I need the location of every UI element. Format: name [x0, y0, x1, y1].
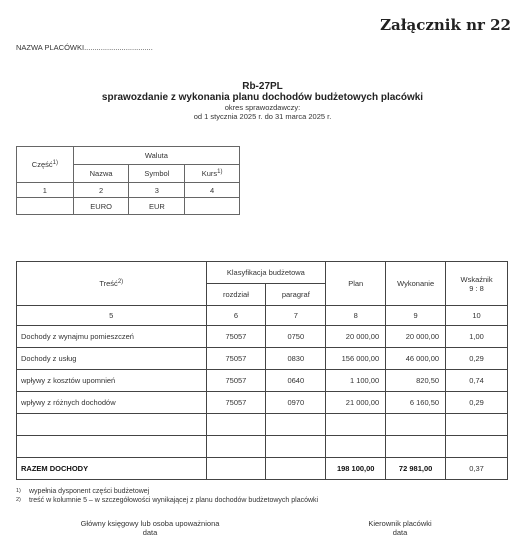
- empty-row: [17, 414, 508, 436]
- unit-name-field: NAZWA PLACÓWKI..........................…: [16, 43, 153, 52]
- row-chapter: 75057: [206, 392, 266, 414]
- total-chapter: [206, 458, 266, 480]
- row-plan: 20 000,00: [326, 326, 386, 348]
- table-row: Dochody z wynajmu pomieszczeń 75057 0750…: [17, 326, 508, 348]
- footnote-1: 1)wypełnia dysponent części budżetowej: [16, 488, 149, 495]
- total-label: RAZEM DOCHODY: [17, 458, 207, 480]
- currency-rate-header: Kurs1): [185, 165, 240, 183]
- currency-header: Waluta: [73, 147, 239, 165]
- report-header: Rb-27PL sprawozdanie z wykonania planu d…: [0, 81, 525, 121]
- currency-symbol-value: EUR: [129, 198, 185, 215]
- col-number: 10: [446, 306, 508, 326]
- currency-rate-value: [185, 198, 240, 215]
- currency-row: EURO EUR: [17, 198, 240, 215]
- row-paragraph: 0830: [266, 348, 326, 370]
- annex-label: Załącznik nr 22: [380, 16, 511, 34]
- col-number: 8: [326, 306, 386, 326]
- total-paragraph: [266, 458, 326, 480]
- col-number: 5: [17, 306, 207, 326]
- income-table: Treść2) Klasyfikacja budżetowa Plan Wyko…: [16, 261, 508, 480]
- signature-director: Kierownik placówki data: [340, 519, 460, 537]
- row-ratio: 0,74: [446, 370, 508, 392]
- col-number: 4: [185, 183, 240, 198]
- chapter-header: rozdział: [206, 284, 266, 306]
- row-plan: 21 000,00: [326, 392, 386, 414]
- col-number: 7: [266, 306, 326, 326]
- row-chapter: 75057: [206, 370, 266, 392]
- col-number: 2: [73, 183, 129, 198]
- currency-name-header: Nazwa: [73, 165, 129, 183]
- table-row: Dochody z usług 75057 0830 156 000,00 46…: [17, 348, 508, 370]
- row-ratio: 0,29: [446, 348, 508, 370]
- signature-accountant: Główny księgowy lub osoba upoważniona da…: [50, 519, 250, 537]
- plan-header: Plan: [326, 262, 386, 306]
- col-number: 9: [386, 306, 446, 326]
- row-chapter: 75057: [206, 348, 266, 370]
- col-number: 3: [129, 183, 185, 198]
- row-paragraph: 0640: [266, 370, 326, 392]
- row-execution: 46 000,00: [386, 348, 446, 370]
- row-paragraph: 0970: [266, 392, 326, 414]
- table-row: wpływy z różnych dochodów 75057 0970 21 …: [17, 392, 508, 414]
- execution-header: Wykonanie: [386, 262, 446, 306]
- total-ratio: 0,37: [446, 458, 508, 480]
- report-code: Rb-27PL: [0, 81, 525, 92]
- currency-symbol-header: Symbol: [129, 165, 185, 183]
- paragraph-header: paragraf: [266, 284, 326, 306]
- col-number: 6: [206, 306, 266, 326]
- period-range: od 1 stycznia 2025 r. do 31 marca 2025 r…: [0, 112, 525, 121]
- footnote-2: 2)treść w kolumnie 5 – w szczegółowości …: [16, 497, 318, 504]
- ratio-header: Wskaźnik9 : 8: [446, 262, 508, 306]
- row-execution: 6 160,50: [386, 392, 446, 414]
- currency-name-value: EURO: [73, 198, 129, 215]
- row-plan: 156 000,00: [326, 348, 386, 370]
- row-execution: 820,50: [386, 370, 446, 392]
- row-content: Dochody z wynajmu pomieszczeń: [17, 326, 207, 348]
- part-value: [17, 198, 74, 215]
- row-plan: 1 100,00: [326, 370, 386, 392]
- total-plan: 198 100,00: [326, 458, 386, 480]
- period-label: okres sprawozdawczy:: [0, 103, 525, 112]
- total-execution: 72 981,00: [386, 458, 446, 480]
- row-ratio: 0,29: [446, 392, 508, 414]
- row-ratio: 1,00: [446, 326, 508, 348]
- row-content: wpływy z różnych dochodów: [17, 392, 207, 414]
- classification-header: Klasyfikacja budżetowa: [206, 262, 326, 284]
- content-header: Treść2): [17, 262, 207, 306]
- row-content: Dochody z usług: [17, 348, 207, 370]
- row-content: wpływy z kosztów upomnień: [17, 370, 207, 392]
- total-row: RAZEM DOCHODY 198 100,00 72 981,00 0,37: [17, 458, 508, 480]
- part-header: Część1): [17, 147, 74, 183]
- col-number: 1: [17, 183, 74, 198]
- row-execution: 20 000,00: [386, 326, 446, 348]
- row-chapter: 75057: [206, 326, 266, 348]
- table-row: wpływy z kosztów upomnień 75057 0640 1 1…: [17, 370, 508, 392]
- report-title: sprawozdanie z wykonania planu dochodów …: [0, 92, 525, 103]
- currency-table: Część1) Waluta Nazwa Symbol Kurs1) 1 2 3…: [16, 146, 240, 215]
- row-paragraph: 0750: [266, 326, 326, 348]
- empty-row: [17, 436, 508, 458]
